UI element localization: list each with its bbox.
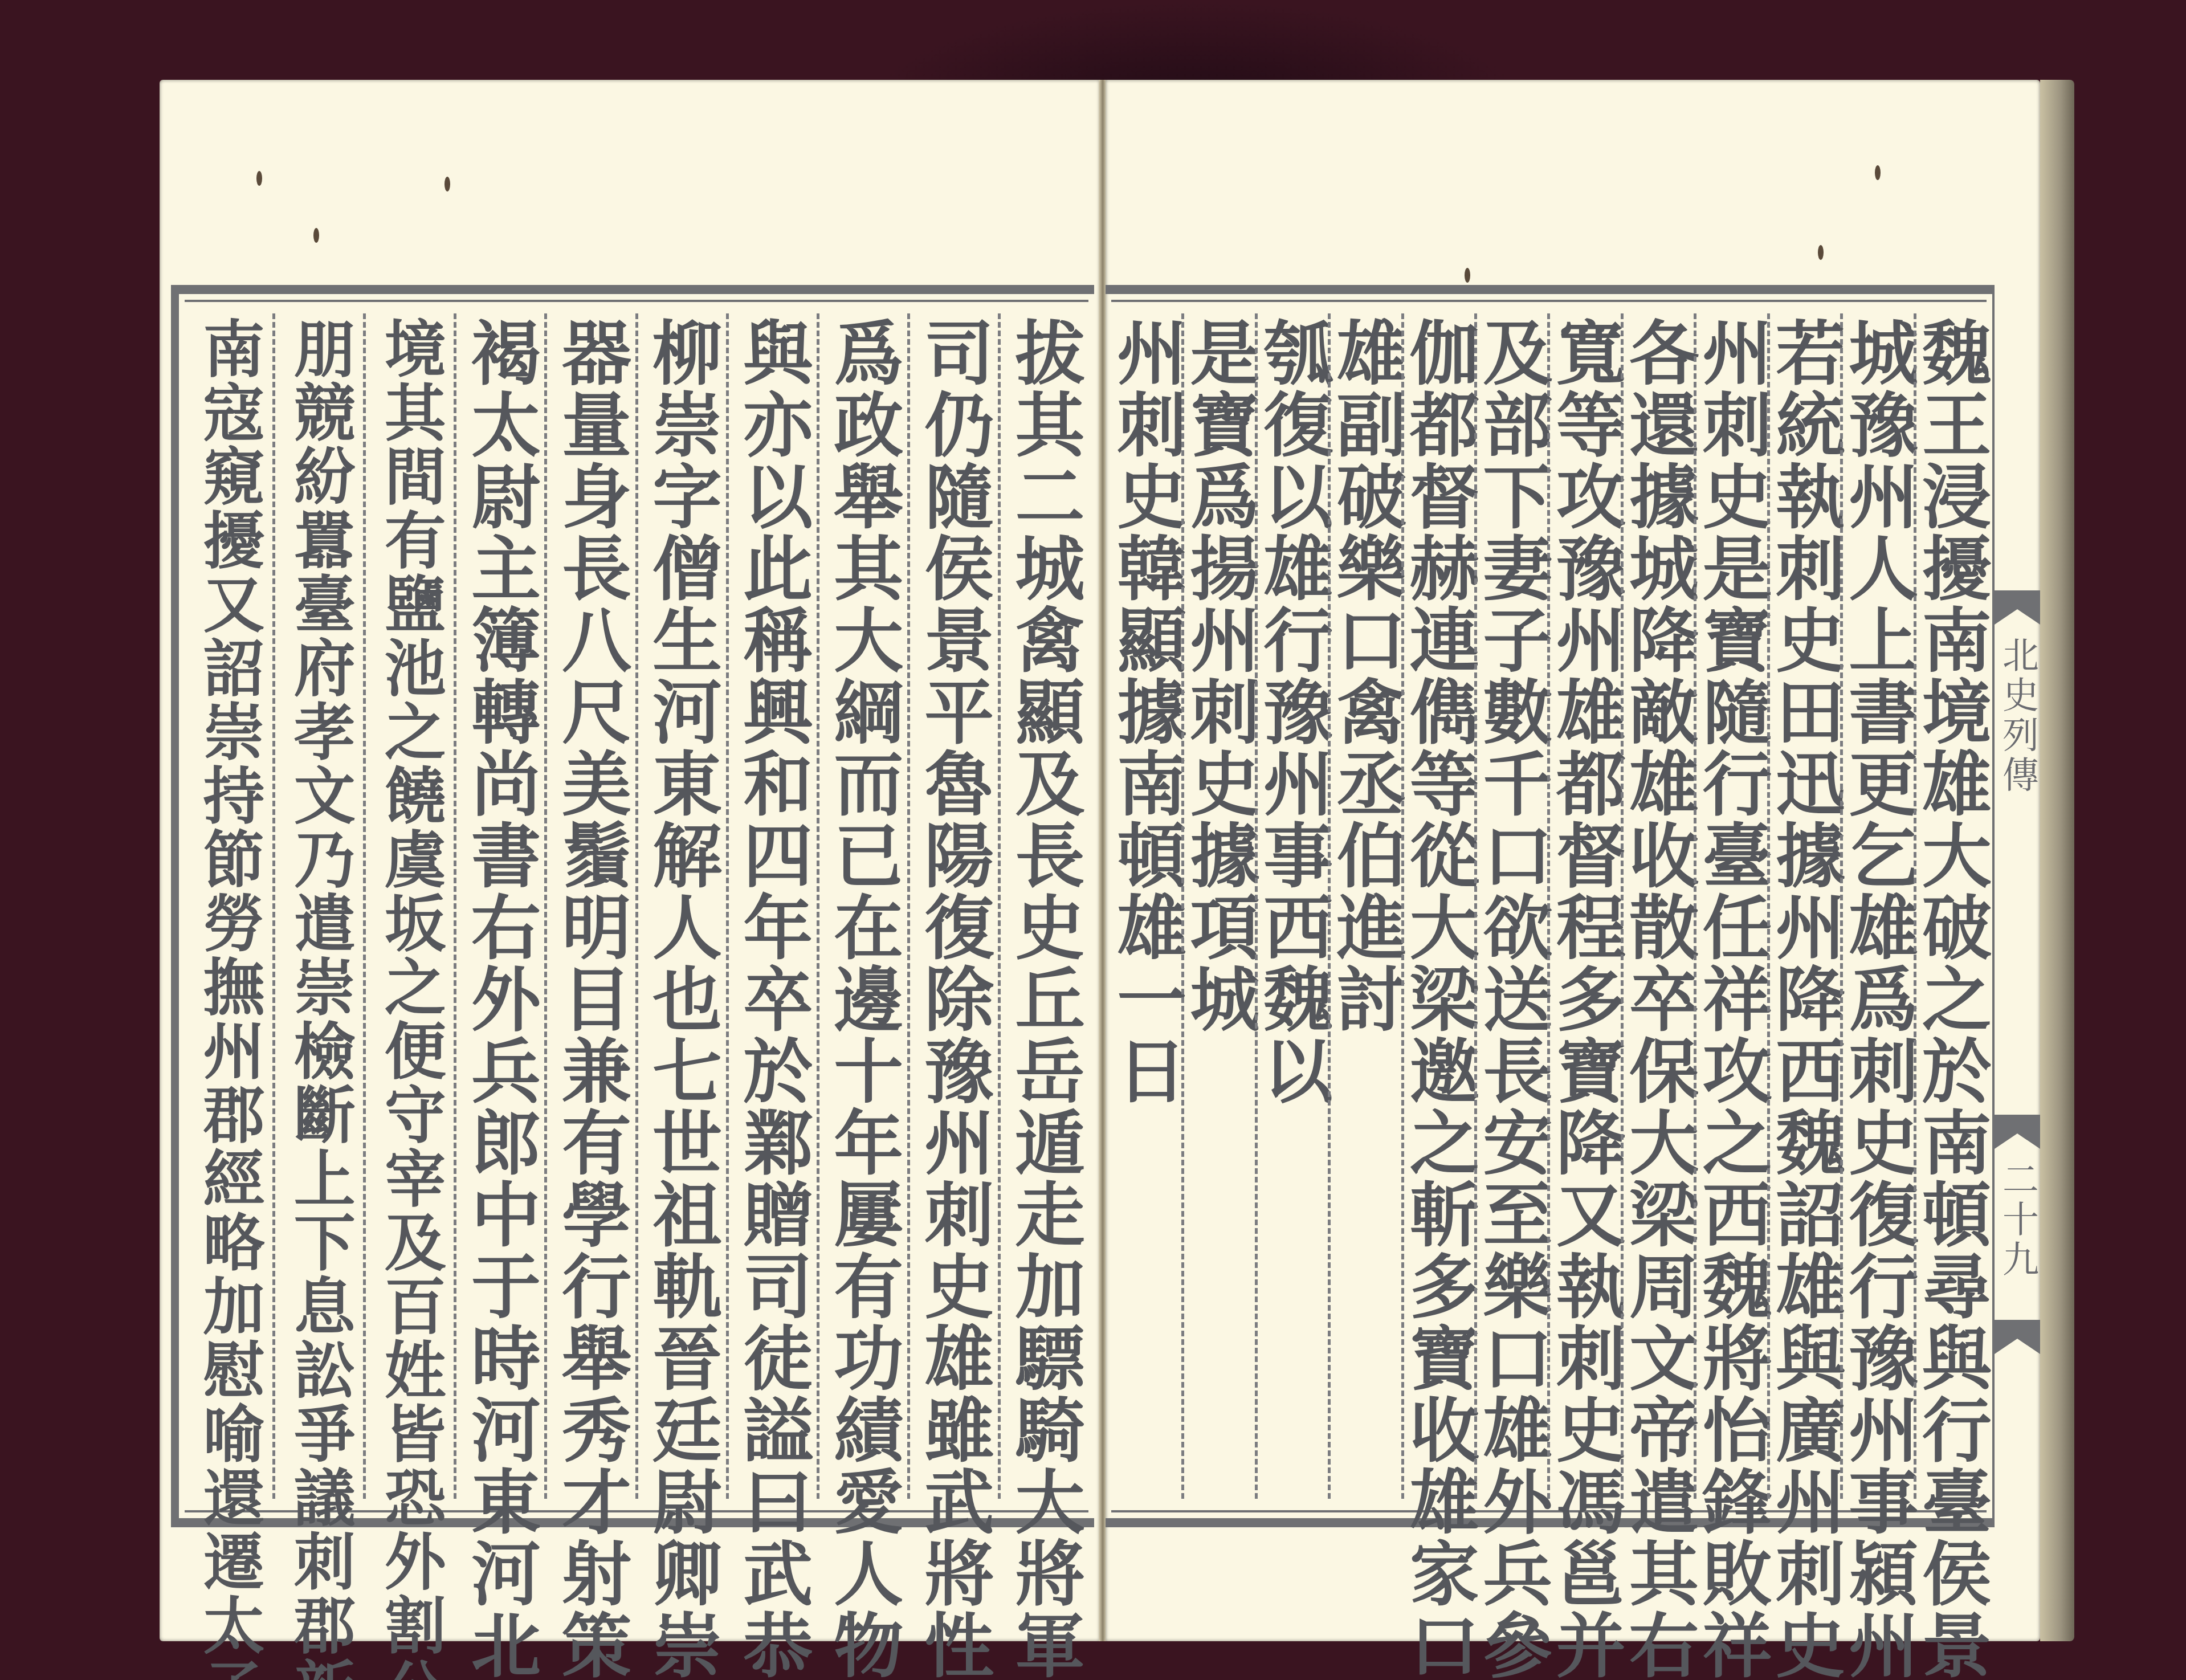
left-text-columns: 拔其二城禽顯及長史丘岳遁走加驃騎大將軍儀同三 司仍隨侯景平魯陽復除豫州刺史雄雖武…	[185, 313, 1088, 1499]
text-column: 瓠復以雄行豫州事西魏以	[1255, 313, 1328, 1499]
column-text: 拔其二城禽顯及長史丘岳遁走加驃騎大將軍儀同三	[1010, 317, 1079, 1499]
column-text: 雄副破樂口禽丞伯進討	[1331, 317, 1401, 1499]
text-column: 柳崇字僧生河東解人也七世祖軌晉廷尉卿崇方雅有	[635, 313, 726, 1499]
column-text: 器量身長八尺美鬚明目兼有學行舉秀才射策高第解	[556, 317, 626, 1499]
column-text: 魏王浸擾南境雄大破之於南頓尋與行臺侯景破梁楚	[1916, 317, 1986, 1499]
column-text: 州刺史韓顯據南頓雄一日	[1112, 317, 1181, 1499]
column-text: 寬等攻豫州雄都督程多寶降又執刺史馮邕并雄家屬	[1551, 317, 1620, 1499]
text-column: 境其間有鹽池之饒虞坂之便守宰及百姓皆恐外割公私	[363, 313, 454, 1499]
worm-hole-mark	[444, 177, 450, 191]
right-frame-inner: 魏王浸擾南境雄大破之於南頓尋與行臺侯景破梁楚 城豫州人上書更乞雄爲刺史復行豫州事…	[1111, 300, 1987, 1512]
column-text: 伽都督赫連儁等從大梁邀之斬多寶收雄家口還大梁	[1404, 317, 1474, 1499]
worm-hole-mark	[1818, 245, 1824, 260]
text-column: 寬等攻豫州雄都督程多寶降又執刺史馮邕并雄家屬	[1547, 313, 1620, 1499]
column-text: 境其間有鹽池之饒虞坂之便守宰及百姓皆恐外割公私	[379, 317, 441, 1499]
banxin-folio: 二十九	[1991, 1160, 2044, 1280]
column-text: 爲政舉其大綱而已在邊十年屢有功績愛人物多所施	[829, 317, 898, 1499]
banxin-title: 北史列傳	[1991, 636, 2044, 796]
book-fore-edge	[2040, 80, 2074, 1641]
column-text: 是寶爲揚州刺史據項城	[1185, 317, 1254, 1499]
left-page: 拔其二城禽顯及長史丘岳遁走加驃騎大將軍儀同三 司仍隨侯景平魯陽復除豫州刺史雄雖武…	[160, 80, 1100, 1641]
left-print-frame: 拔其二城禽顯及長史丘岳遁走加驃騎大將軍儀同三 司仍隨侯景平魯陽復除豫州刺史雄雖武…	[171, 285, 1094, 1527]
column-text: 南寇窺擾又詔崇持節勞撫州郡經略加慰喻還遷太子洗	[198, 317, 259, 1499]
text-column: 南寇窺擾又詔崇持節勞撫州郡經略加慰喻還遷太子洗	[185, 313, 272, 1499]
open-book: 拔其二城禽顯及長史丘岳遁走加驃騎大將軍儀同三 司仍隨侯景平魯陽復除豫州刺史雄雖武…	[160, 80, 2040, 1641]
text-column: 各還據城降敵雄收散卒保大梁周文帝遣其右丞韋孝	[1621, 313, 1694, 1499]
fish-tail-mark	[1995, 1320, 2040, 1354]
text-column: 拔其二城禽顯及長史丘岳遁走加驃騎大將軍儀同三	[998, 313, 1088, 1499]
right-print-frame: 魏王浸擾南境雄大破之於南頓尋與行臺侯景破梁楚 城豫州人上書更乞雄爲刺史復行豫州事…	[1106, 285, 1995, 1527]
fish-tail-mark	[1995, 590, 2040, 625]
column-text: 若統執刺史田迅據州降西魏詔雄與廣州刺史趙育揚	[1770, 317, 1840, 1499]
column-text: 各還據城降敵雄收散卒保大梁周文帝遣其右丞韋孝	[1624, 317, 1694, 1499]
left-frame-inner: 拔其二城禽顯及長史丘岳遁走加驃騎大將軍儀同三 司仍隨侯景平魯陽復除豫州刺史雄雖武…	[185, 300, 1088, 1512]
right-page: 魏王浸擾南境雄大破之於南頓尋與行臺侯景破梁楚 城豫州人上書更乞雄爲刺史復行豫州事…	[1106, 80, 2040, 1641]
worm-hole-mark	[313, 228, 319, 243]
text-column: 器量身長八尺美鬚明目兼有學行舉秀才射策高第解	[544, 313, 635, 1499]
text-column: 司仍隨侯景平魯陽復除豫州刺史雄雖武將性質寬厚	[907, 313, 998, 1499]
worm-hole-mark	[1465, 268, 1470, 283]
right-text-columns: 魏王浸擾南境雄大破之於南頓尋與行臺侯景破梁楚 城豫州人上書更乞雄爲刺史復行豫州事…	[1111, 313, 1987, 1499]
text-column: 雄副破樂口禽丞伯進討	[1328, 313, 1401, 1499]
text-column: 褐太尉主簿轉尚書右外兵郎中于時河東河北二郡爭	[454, 313, 544, 1499]
column-text: 與亦以此稱興和四年卒於鄴贈司徒謚曰武恭子師嗣	[738, 317, 807, 1499]
column-text: 柳崇字僧生河東解人也七世祖軌晉廷尉卿崇方雅有	[647, 317, 717, 1499]
worm-hole-mark	[1875, 165, 1881, 180]
fish-tail-mark	[1995, 1115, 2040, 1149]
text-column: 州刺史是寶隨行臺任祥攻之西魏將怡鋒敗祥等育寶	[1694, 313, 1767, 1499]
column-text: 朋競紛囂臺府孝文乃遣崇檢斷上下息訟爭議刺郡新附	[288, 317, 350, 1499]
column-text: 城豫州人上書更乞雄爲刺史復行豫州事潁州長史賀	[1844, 317, 1913, 1499]
text-column: 是寶爲揚州刺史據項城	[1181, 313, 1254, 1499]
column-text: 司仍隨侯景平魯陽復除豫州刺史雄雖武將性質寬厚	[919, 317, 989, 1499]
text-column: 若統執刺史田迅據州降西魏詔雄與廣州刺史趙育揚	[1767, 313, 1840, 1499]
column-text: 褐太尉主簿轉尚書右外兵郎中于時河東河北二郡爭	[466, 317, 535, 1499]
text-column: 伽都督赫連儁等從大梁邀之斬多寶收雄家口還大梁	[1401, 313, 1474, 1499]
text-column: 魏王浸擾南境雄大破之於南頓尋與行臺侯景破梁楚	[1914, 313, 1987, 1499]
text-column: 城豫州人上書更乞雄爲刺史復行豫州事潁州長史賀	[1840, 313, 1913, 1499]
worm-hole-mark	[256, 171, 262, 186]
text-column: 與亦以此稱興和四年卒於鄴贈司徒謚曰武恭子師嗣	[726, 313, 817, 1499]
column-text: 州刺史是寶隨行臺任祥攻之西魏將怡鋒敗祥等育寶	[1697, 317, 1767, 1499]
column-text: 及部下妻子數千口欲送長安至樂口雄外兵參軍王恒	[1478, 317, 1547, 1499]
text-column: 朋競紛囂臺府孝文乃遣崇檢斷上下息訟爭議刺郡新附	[272, 313, 363, 1499]
right-banxin: 北史列傳 二十九	[1995, 294, 2040, 1518]
text-column: 及部下妻子數千口欲送長安至樂口雄外兵參軍王恒	[1474, 313, 1547, 1499]
text-column: 爲政舉其大綱而已在邊十年屢有功績愛人物多所施	[817, 313, 907, 1499]
text-column: 州刺史韓顯據南頓雄一日	[1111, 313, 1181, 1499]
column-text: 瓠復以雄行豫州事西魏以	[1258, 317, 1327, 1499]
